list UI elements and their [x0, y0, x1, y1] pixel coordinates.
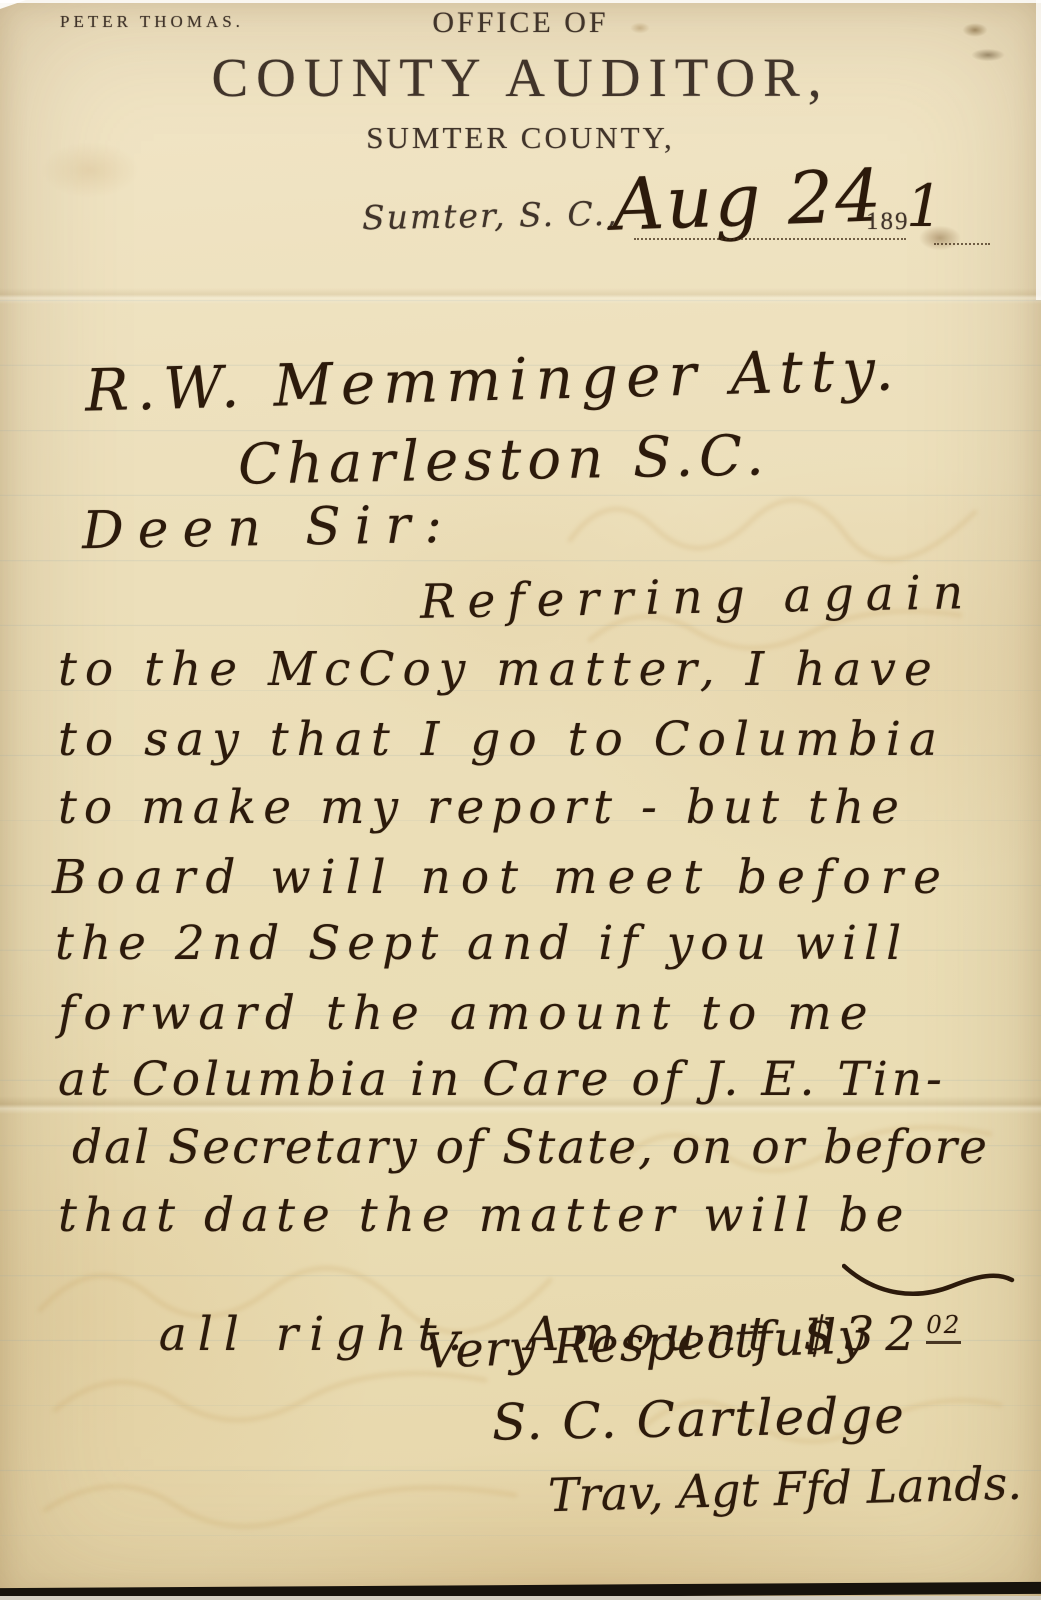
body-line: to the McCoy matter, I have: [58, 642, 940, 697]
body-line: Referring again: [420, 565, 976, 630]
flourish-line: [842, 1248, 1017, 1308]
scan-edge-bottom-light: [0, 1596, 1041, 1600]
body-line: the 2nd Sept and if you will: [55, 916, 908, 971]
amount-superscript: 02: [926, 1310, 961, 1344]
letterhead-title: COUNTY AUDITOR,: [0, 46, 1041, 109]
recipient-city: Charleston S.C.: [237, 423, 770, 497]
body-line: forward the amount to me: [58, 986, 876, 1041]
scanned-letter-page: PETER THOMAS. OFFICE OF COUNTY AUDITOR, …: [0, 0, 1041, 1600]
dateline-dotted-rule: [634, 238, 906, 240]
body-line: to say that I go to Columbia: [58, 712, 945, 767]
body-line: to make my report - but the: [58, 780, 906, 835]
body-line: that date the matter will be: [58, 1188, 910, 1243]
body-line: dal Secretary of State, on or before: [72, 1120, 989, 1175]
dateline-handwritten-date: Aug 24: [611, 153, 885, 246]
office-of-line: OFFICE OF: [0, 6, 1041, 40]
salutation: Deen Sir:: [82, 495, 457, 562]
dateline-year-printed: 189: [866, 208, 910, 236]
body-line: at Columbia in Care of J. E. Tin-: [58, 1052, 946, 1107]
scan-edge-top: [0, 0, 1041, 3]
scan-edge-right: [1036, 0, 1041, 300]
signature: S. C. Cartledge: [492, 1386, 907, 1451]
body-line: Board will not meet before: [52, 850, 951, 905]
letterhead-county: SUMTER COUNTY,: [0, 120, 1041, 156]
dateline-year-handwritten: 1: [906, 172, 943, 240]
dateline-trailing-dots: [934, 243, 990, 245]
dateline-place: Sumter, S. C.,: [362, 194, 619, 237]
